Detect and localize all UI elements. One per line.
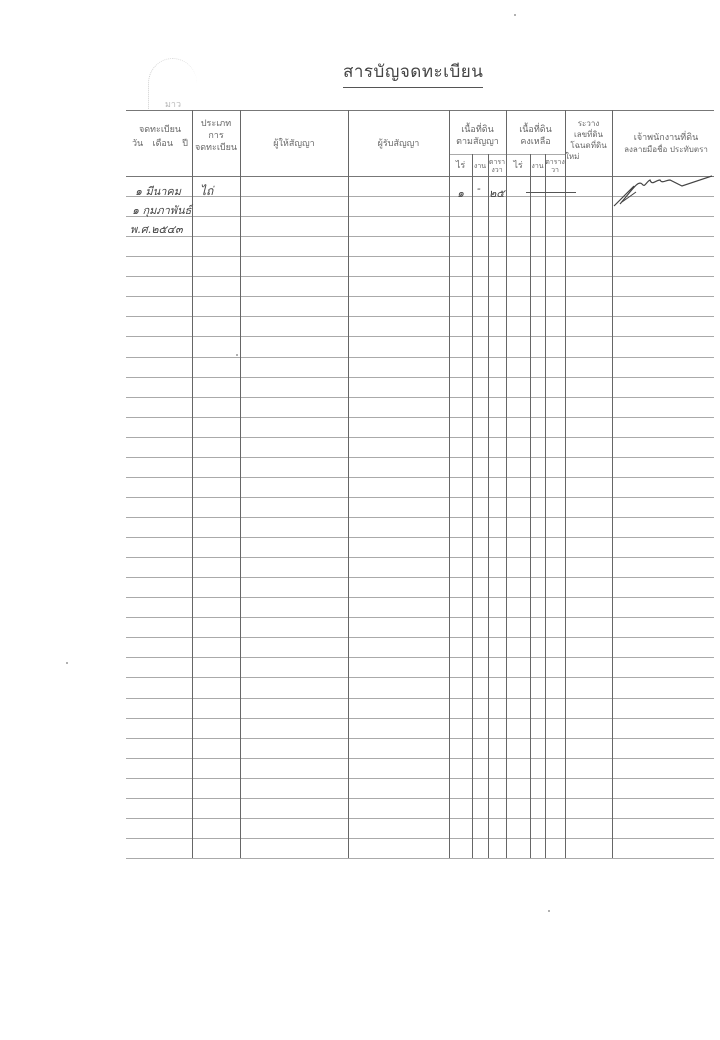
header-contract-sqwa: ตารางวา xyxy=(488,158,506,174)
column-divider xyxy=(612,110,613,858)
table-row xyxy=(126,657,714,658)
table-row xyxy=(126,477,714,478)
header-area-remaining: เนื้อที่ดิน คงเหลือ xyxy=(506,124,565,148)
header-type-1: ประเภท xyxy=(192,118,240,130)
header-area-contract-2: ตามสัญญา xyxy=(449,136,506,148)
header-area-contract-1: เนื้อที่ดิน xyxy=(449,124,506,136)
table-row xyxy=(126,758,714,759)
table-row xyxy=(126,357,714,358)
entry-contract-sqwa: ๒๕ xyxy=(489,184,505,202)
column-divider xyxy=(192,110,193,858)
header-date-title: จดทะเบียน xyxy=(128,124,192,136)
table-row xyxy=(126,617,714,618)
table-row xyxy=(126,577,714,578)
table-top-border xyxy=(126,110,714,111)
table-row xyxy=(126,537,714,538)
table-row xyxy=(126,838,714,839)
header-deed-1: ระวาง xyxy=(565,118,612,129)
table-row xyxy=(126,858,714,859)
subcolumn-divider xyxy=(530,154,531,858)
table-row xyxy=(126,738,714,739)
header-month: เดือน xyxy=(153,138,173,150)
entry-date-line-3: พ.ศ.๒๕๔๓ xyxy=(130,220,183,238)
header-officer: เจ้าพนักงานที่ดิน ลงลายมือชื่อ ประทับตรา xyxy=(612,132,720,156)
table-row xyxy=(126,557,714,558)
table-row xyxy=(126,818,714,819)
header-grantee: ผู้รับสัญญา xyxy=(348,138,449,150)
table-row xyxy=(126,316,714,317)
header-area-remaining-1: เนื้อที่ดิน xyxy=(506,124,565,136)
entry-date-line-1: ๑ มีนาคม xyxy=(135,182,181,200)
header-deed-2: เลขที่ดิน xyxy=(565,129,612,140)
table-row xyxy=(126,677,714,678)
area-subheader-line xyxy=(449,154,565,155)
table-row xyxy=(126,276,714,277)
entry-contract-rai: ๑ xyxy=(457,184,464,202)
table-row xyxy=(126,437,714,438)
table-row xyxy=(126,698,714,699)
header-officer-1: เจ้าพนักงานที่ดิน xyxy=(612,132,720,144)
table-row xyxy=(126,457,714,458)
stamp-text: มาว xyxy=(165,97,181,111)
header-contract-ngan: งาน xyxy=(472,160,488,172)
header-deed-4: ใหม่ xyxy=(565,151,612,162)
table-row xyxy=(126,497,714,498)
table-row xyxy=(126,256,714,257)
header-officer-2: ลงลายมือชื่อ ประทับตรา xyxy=(612,144,720,156)
column-divider xyxy=(240,110,241,858)
header-remaining-sqwa: ตารางวา xyxy=(545,158,565,174)
entry-contract-ngan: - xyxy=(477,182,481,195)
header-date: จดทะเบียน วัน เดือน ปี xyxy=(128,124,192,150)
header-day: วัน xyxy=(132,138,143,150)
subcolumn-divider xyxy=(545,154,546,858)
column-divider xyxy=(506,110,507,858)
subcolumn-divider xyxy=(488,154,489,858)
scan-speck xyxy=(548,910,550,912)
table-row xyxy=(126,397,714,398)
table-row xyxy=(126,216,714,217)
entry-type: ไถ่ xyxy=(200,182,213,201)
page-title: สารบัญจดทะเบียน xyxy=(343,58,483,88)
column-divider xyxy=(449,110,450,858)
table-row xyxy=(126,336,714,337)
table-row xyxy=(126,597,714,598)
table-row xyxy=(126,236,714,237)
header-year: ปี xyxy=(182,138,188,150)
header-area-contract: เนื้อที่ดิน ตามสัญญา xyxy=(449,124,506,148)
table-row xyxy=(126,517,714,518)
table-row xyxy=(126,778,714,779)
header-type-3: จดทะเบียน xyxy=(192,142,240,154)
header-deed-3: โฉนดที่ดิน xyxy=(565,140,612,151)
table-row xyxy=(126,798,714,799)
header-contract-rai: ไร่ xyxy=(449,160,472,172)
table-row xyxy=(126,718,714,719)
stamp-seal: มาว xyxy=(148,58,197,109)
header-grantor: ผู้ให้สัญญา xyxy=(240,138,348,150)
entry-date-line-2: ๑ กุมภาพันธ์ xyxy=(132,201,191,219)
table-row xyxy=(126,417,714,418)
column-divider xyxy=(565,110,566,858)
header-remaining-ngan: งาน xyxy=(530,160,545,172)
header-type: ประเภท การ จดทะเบียน xyxy=(192,118,240,154)
scan-speck xyxy=(66,662,68,664)
header-new-deed: ระวาง เลขที่ดิน โฉนดที่ดิน ใหม่ xyxy=(565,118,612,162)
scan-speck xyxy=(236,354,238,356)
column-divider xyxy=(348,110,349,858)
table-row xyxy=(126,637,714,638)
table-row xyxy=(126,296,714,297)
header-remaining-rai: ไร่ xyxy=(506,160,530,172)
scan-speck xyxy=(514,14,516,16)
officer-signature-icon xyxy=(612,172,712,212)
header-area-remaining-2: คงเหลือ xyxy=(506,136,565,148)
subcolumn-divider xyxy=(472,154,473,858)
table-row xyxy=(126,377,714,378)
header-type-2: การ xyxy=(192,130,240,142)
entry-dash-line xyxy=(526,192,576,193)
